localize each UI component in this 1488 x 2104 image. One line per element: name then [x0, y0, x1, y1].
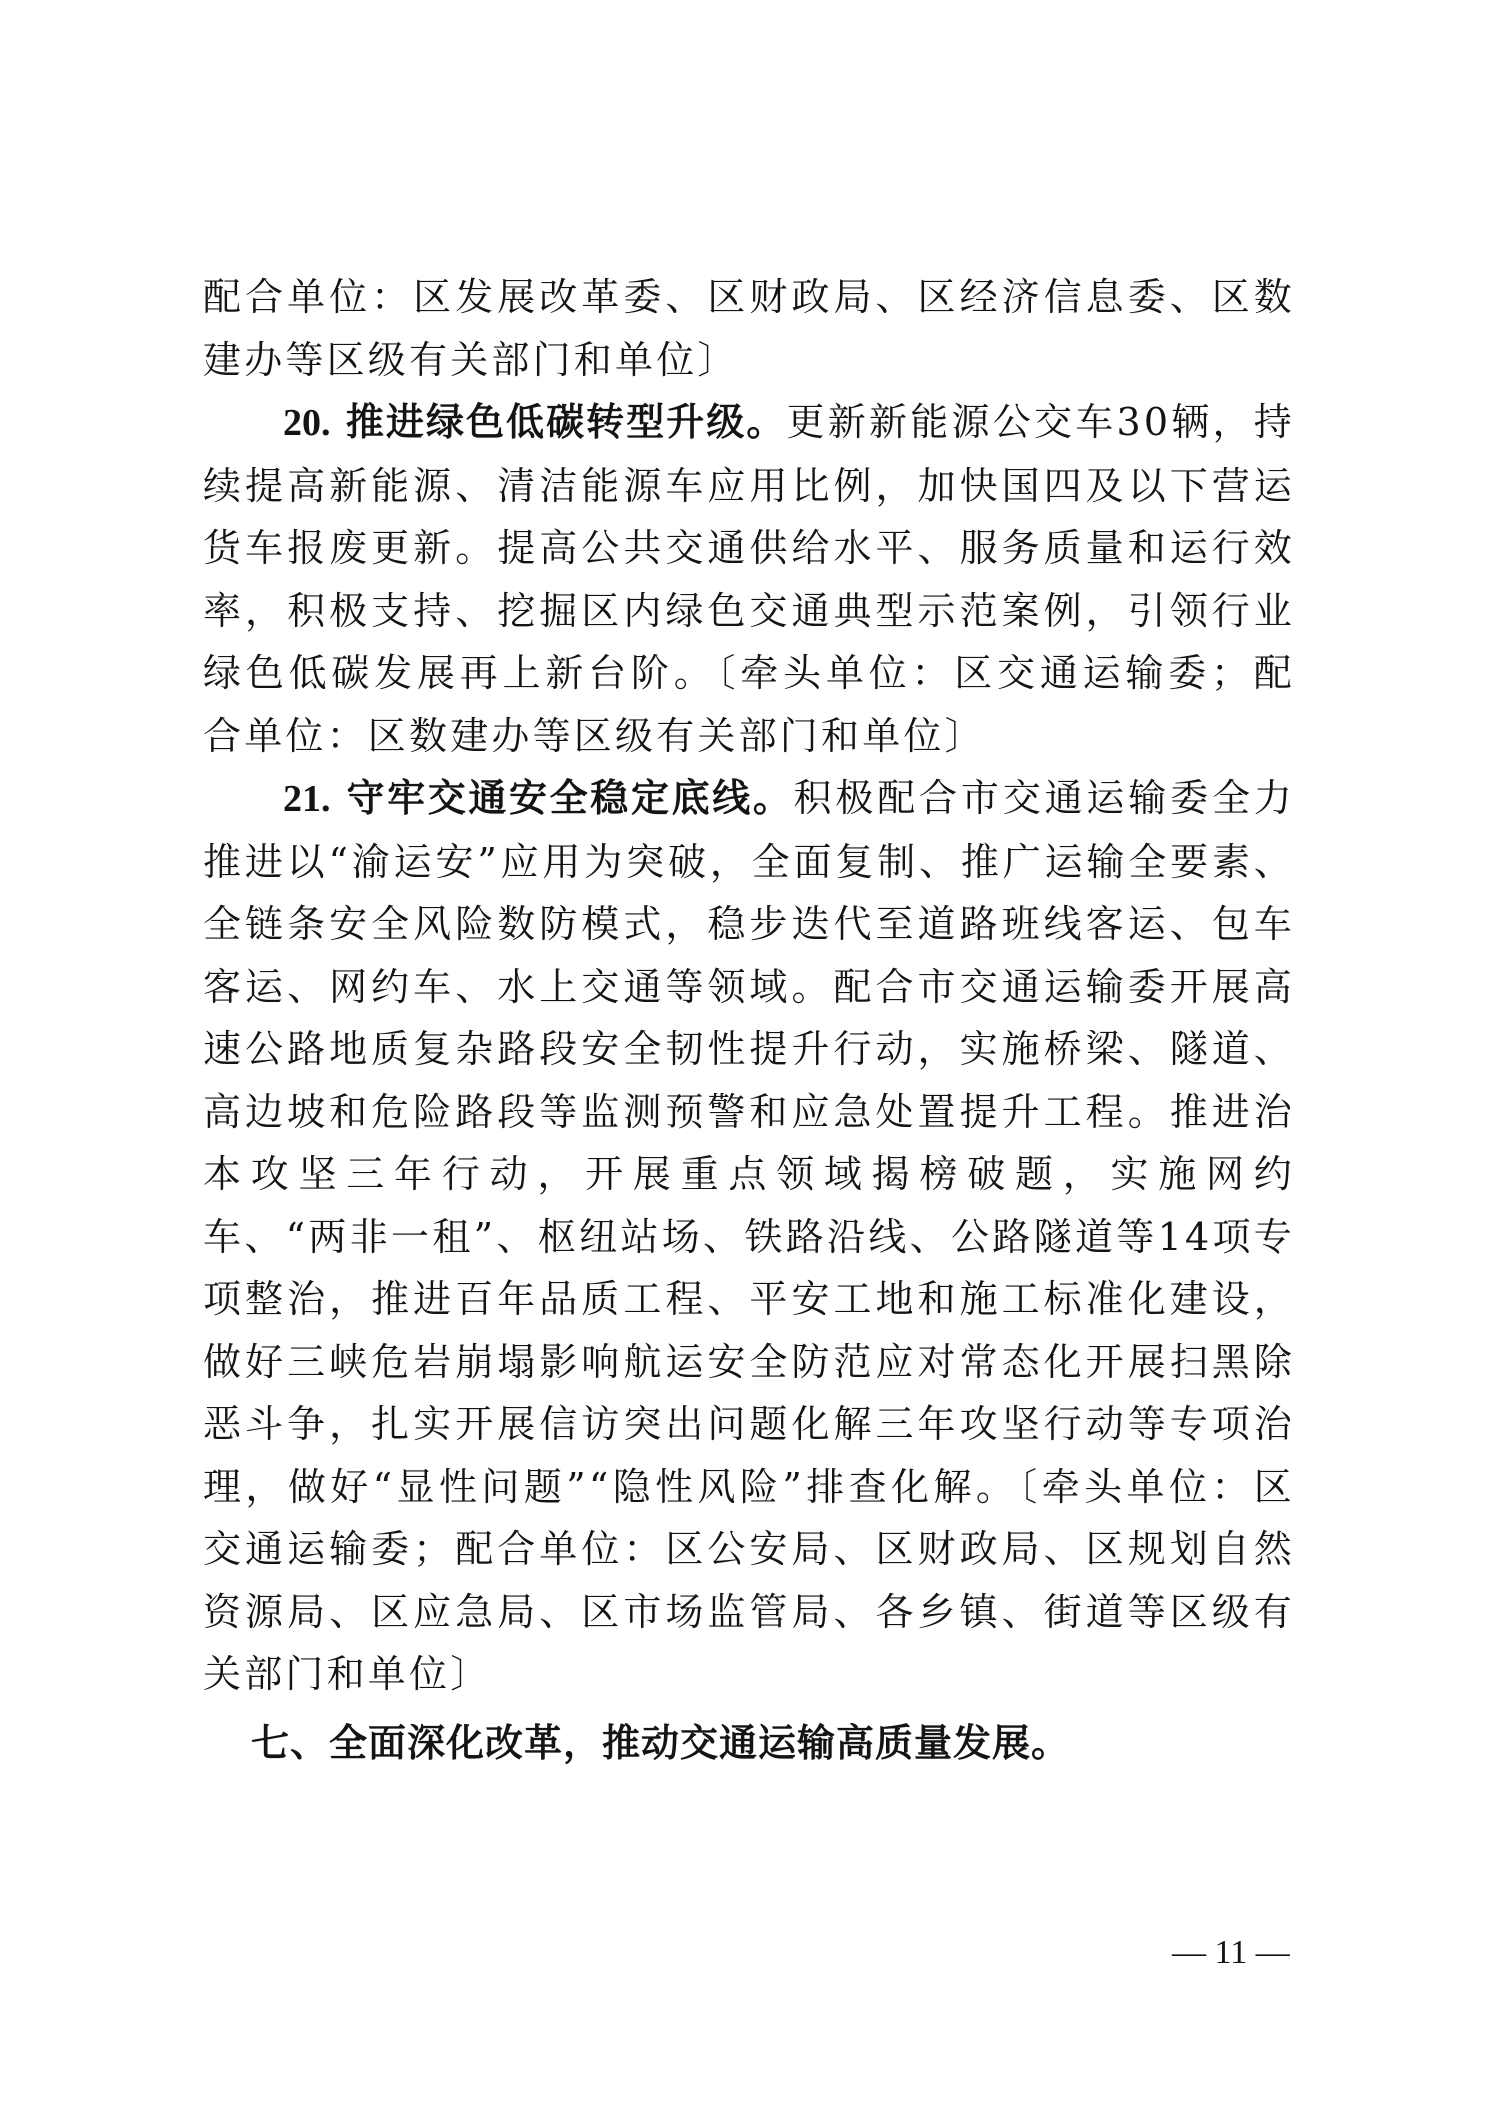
item-21-number: 21.: [283, 778, 331, 820]
item-21-paragraph: 21. 守牢交通安全稳定底线。积极配合市交通运输委全力推进以“渝运安”应用为突破…: [203, 767, 1295, 1706]
continuation-text: 配合单位：区发展改革委、区财政局、区经济信息委、区数建办等区级有关部门和单位〕: [203, 275, 1295, 382]
continuation-paragraph: 配合单位：区发展改革委、区财政局、区经济信息委、区数建办等区级有关部门和单位〕: [203, 266, 1295, 391]
item-20-paragraph: 20. 推进绿色低碳转型升级。更新新能源公交车30辆，持续提高新能源、清洁能源车…: [203, 391, 1295, 767]
item-20-number: 20.: [283, 402, 331, 444]
item-20-title: 推进绿色低碳转型升级。: [346, 400, 787, 444]
item-20-body: 更新新能源公交车30辆，持续提高新能源、清洁能源车应用比例，加快国四及以下营运货…: [203, 400, 1295, 758]
section-heading: 七、全面深化改革，推动交通运输高质量发展。: [203, 1712, 1295, 1775]
document-page: 配合单位：区发展改革委、区财政局、区经济信息委、区数建办等区级有关部门和单位〕 …: [203, 266, 1295, 1774]
item-21-title: 守牢交通安全稳定底线。: [346, 776, 793, 820]
item-21-body: 积极配合市交通运输委全力推进以“渝运安”应用为突破，全面复制、推广运输全要素、全…: [203, 776, 1295, 1696]
page-number: — 11 —: [1172, 1934, 1290, 1972]
